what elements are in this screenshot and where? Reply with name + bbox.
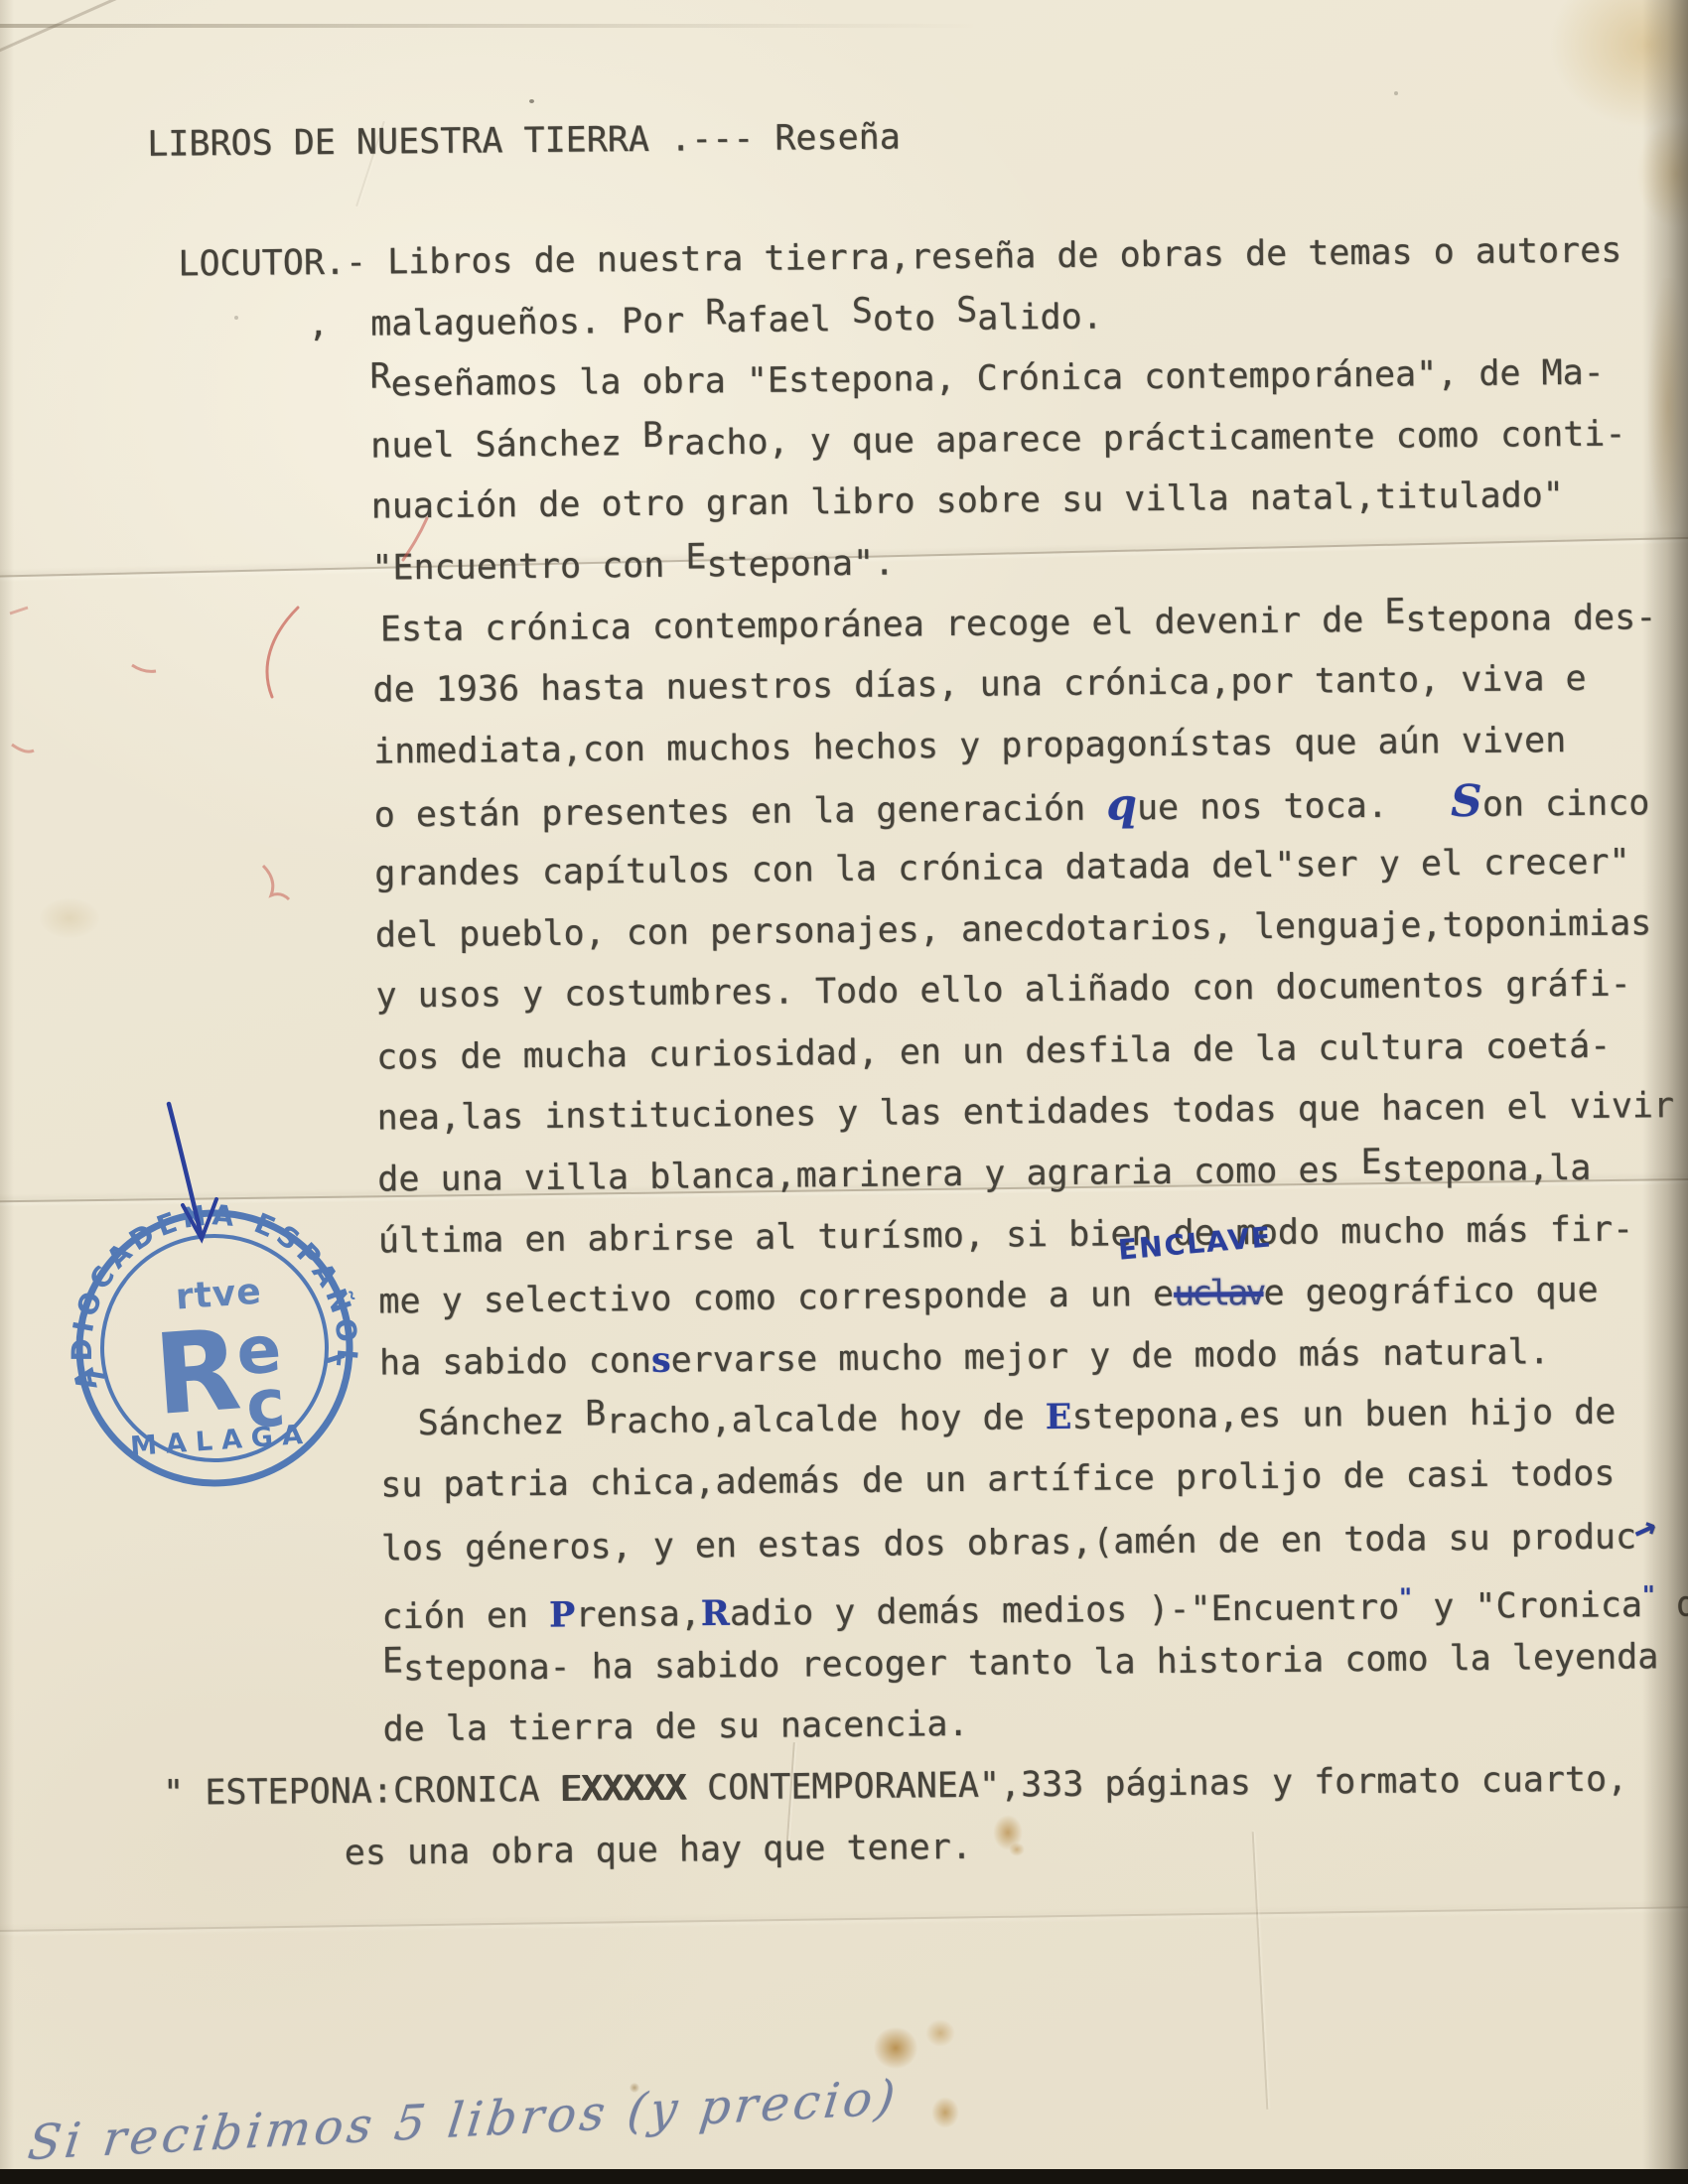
red-pencil-squiggle (403, 518, 427, 560)
red-pencil-mark (132, 665, 156, 671)
blue-arrow-to-stamp (169, 1104, 202, 1237)
scan-edge-shadow-right (1642, 0, 1688, 2184)
scanned-document-page: LIBROS DE NUESTRA TIERRA .--- Reseña LOC… (0, 0, 1688, 2184)
scan-edge-line-top (0, 24, 979, 28)
red-pencil-arc (267, 608, 298, 697)
pen-marks-layer (0, 0, 1688, 2184)
scan-edge-bar-bottom (0, 2169, 1688, 2184)
scan-edge-shadow-left (0, 0, 14, 2184)
red-pencil-mark (263, 866, 289, 899)
red-pencil-mark (12, 745, 34, 751)
